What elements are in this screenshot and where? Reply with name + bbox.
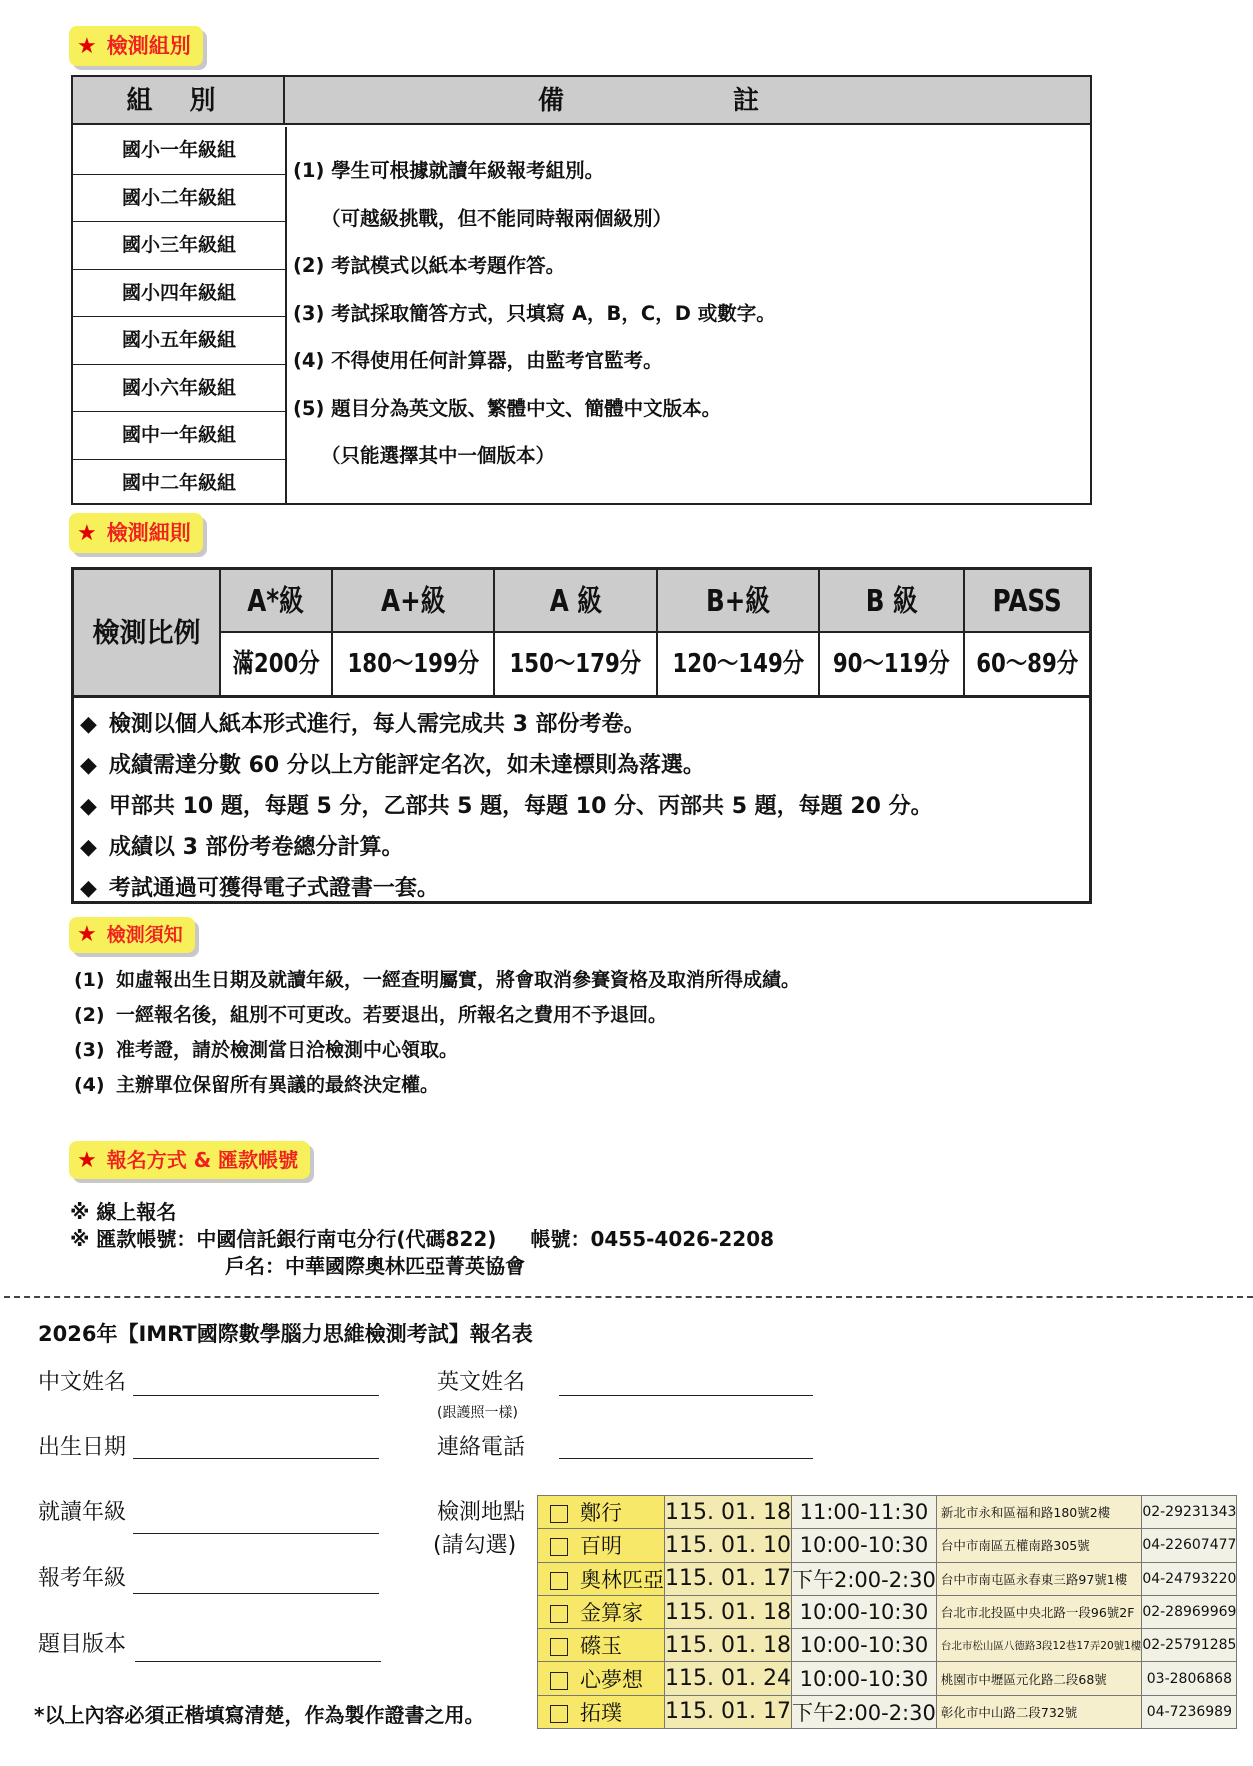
location-time: 10:00-10:30 (791, 1662, 936, 1695)
location-date: 115. 01. 18 (665, 1595, 792, 1628)
notice-num: (4) (74, 1074, 116, 1096)
chinese-name-field[interactable] (133, 1395, 379, 1396)
grade-score: 180～199分 (347, 633, 479, 695)
location-address: 台中市南屯區永春東三路97號1樓 (936, 1562, 1141, 1595)
location-phone: 04-22607477 (1142, 1529, 1237, 1562)
birth-date-field[interactable] (133, 1458, 379, 1459)
section-title: 報名方式 & 匯款帳號 (107, 1148, 298, 1172)
grade-name: B 級 (865, 570, 917, 633)
location-name: 鄭行 (580, 1501, 622, 1525)
account-number: 帳號：0455-4026-2208 (530, 1227, 774, 1251)
diamond-bullet-icon: ◆ (80, 876, 97, 901)
location-date: 115. 01. 17 (665, 1562, 792, 1595)
checkbox[interactable] (550, 1572, 568, 1590)
location-address: 台中市南區五權南路305號 (936, 1529, 1141, 1562)
version-field[interactable] (135, 1661, 381, 1662)
grade-name: A+級 (381, 570, 445, 633)
group-item: 國中二年級組 (73, 460, 285, 508)
notice-num: (3) (74, 1039, 116, 1061)
location-address: 台北市松山區八德路3段12巷17弄20號1樓 (936, 1629, 1141, 1662)
location-row: 金算家 115. 01. 18 10:00-10:30 台北市北投區中央北路一段… (538, 1595, 1237, 1628)
section-badge-notice: ★檢測須知 (69, 917, 195, 953)
header-group: 組 別 (73, 77, 285, 125)
grade-column: A 級 150～179分 (495, 570, 658, 695)
location-name: 礤玉 (580, 1634, 622, 1658)
locations-table: 鄭行 115. 01. 18 11:00-11:30 新北市永和區福和路180號… (537, 1495, 1237, 1729)
remittance-info: ※ 匯款帳號：中國信託銀行南屯分行(代碼822)帳號：0455-4026-220… (70, 1223, 774, 1252)
location-name: 百明 (580, 1534, 622, 1558)
location-time: 下午2:00-2:30 (791, 1695, 936, 1728)
location-row: 心夢想 115. 01. 24 10:00-10:30 桃園市中壢區元化路二段6… (538, 1662, 1237, 1695)
notice-num: (1) (74, 969, 116, 991)
grade-column: B 級 90～119分 (820, 570, 964, 695)
phone-field[interactable] (559, 1458, 813, 1459)
rule-item: ◆成績需達分數 60 分以上方能評定名次，如未達標則為落選。 (80, 745, 1083, 786)
location-name: 金算家 (580, 1601, 643, 1625)
grade-column: B+級 120～149分 (658, 570, 821, 695)
section-title: 檢測組別 (107, 34, 191, 58)
cut-line (4, 1296, 1253, 1298)
note-item: (4) 不得使用任何計算器，由監考官監考。 (293, 337, 1080, 385)
location-row: 百明 115. 01. 10 10:00-10:30 台中市南區五權南路305號… (538, 1529, 1237, 1562)
form-footnote: *以上內容必須正楷填寫清楚，作為製作證書之用。 (34, 1699, 484, 1728)
grade-score: 90～119分 (833, 633, 950, 695)
section-title: 檢測須知 (107, 924, 183, 946)
location-option[interactable]: 礤玉 (538, 1629, 665, 1662)
note-item: （只能選擇其中一個版本） (293, 432, 1080, 480)
location-date: 115. 01. 24 (665, 1662, 792, 1695)
online-label: 線上報名 (96, 1200, 176, 1224)
location-date: 115. 01. 17 (665, 1695, 792, 1728)
groups-notes: (1) 學生可根據就讀年級報考組別。 （可越級挑戰，但不能同時報兩個級別） (2… (293, 147, 1080, 480)
location-address: 桃園市中壢區元化路二段68號 (936, 1662, 1141, 1695)
groups-list: 國小一年級組 國小二年級組 國小三年級組 國小四年級組 國小五年級組 國小六年級… (73, 127, 287, 503)
note-item: （可越級挑戰，但不能同時報兩個級別） (293, 195, 1080, 243)
grades-row: A*級 滿200分 A+級 180～199分 A 級 150～179分 B+級 … (221, 570, 1089, 698)
notice-text: 准考證，請於檢測當日洽檢測中心領取。 (116, 1039, 458, 1061)
location-phone: 03-2806868 (1142, 1662, 1237, 1695)
grade-column: A*級 滿200分 (221, 570, 333, 695)
grade-name: A*級 (247, 570, 304, 633)
diamond-bullet-icon: ◆ (80, 712, 97, 737)
location-option[interactable]: 百明 (538, 1529, 665, 1562)
location-phone: 02-28969969 (1142, 1595, 1237, 1628)
rule-text: 成績需達分數 60 分以上方能評定名次，如未達標則為落選。 (109, 753, 705, 778)
grade-score: 滿200分 (232, 633, 319, 695)
diamond-bullet-icon: ◆ (80, 835, 97, 860)
location-option[interactable]: 鄭行 (538, 1496, 665, 1529)
location-address: 台北市北投區中央北路一段96號2F (936, 1595, 1141, 1628)
reference-mark-icon: ※ (70, 1200, 89, 1224)
location-option[interactable]: 拓璞 (538, 1695, 665, 1728)
notice-text: 主辦單位保留所有異議的最終決定權。 (116, 1074, 439, 1096)
location-hint: (請勾選) (433, 1528, 516, 1559)
notice-text: 一經報名後，組別不可更改。若要退出，所報名之費用不予退回。 (116, 1004, 667, 1026)
location-time: 10:00-10:30 (791, 1529, 936, 1562)
form-title: 2026年【IMRT國際數學腦力思維檢測考試】報名表 (38, 1318, 533, 1348)
phone-label: 連絡電話 (437, 1430, 525, 1461)
group-item: 國小三年級組 (73, 222, 285, 270)
checkbox[interactable] (550, 1538, 568, 1556)
star-icon: ★ (77, 521, 97, 546)
checkbox[interactable] (550, 1505, 568, 1523)
grade-score: 120～149分 (672, 633, 804, 695)
location-name: 拓璞 (580, 1701, 622, 1725)
section-badge-rules: ★檢測細則 (69, 513, 203, 553)
note-item: (1) 學生可根據就讀年級報考組別。 (293, 147, 1080, 195)
section-title: 檢測細則 (107, 521, 191, 545)
rules-list: ◆檢測以個人紙本形式進行，每人需完成共 3 部份考卷。 ◆成績需達分數 60 分… (80, 704, 1083, 909)
group-item: 國小六年級組 (73, 365, 285, 413)
location-phone: 04-7236989 (1142, 1695, 1237, 1728)
diamond-bullet-icon: ◆ (80, 794, 97, 819)
location-phone: 02-29231343 (1142, 1496, 1237, 1529)
note-item: (2) 考試模式以紙本考題作答。 (293, 242, 1080, 290)
location-date: 115. 01. 18 (665, 1629, 792, 1662)
group-item: 國中一年級組 (73, 412, 285, 460)
note-item: (3) 考試採取簡答方式，只填寫 A，B，C，D 或數字。 (293, 290, 1080, 338)
location-address: 彰化市中山路二段732號 (936, 1695, 1141, 1728)
location-row: 礤玉 115. 01. 18 10:00-10:30 台北市松山區八德路3段12… (538, 1629, 1237, 1662)
location-row: 奧林匹亞 115. 01. 17 下午2:00-2:30 台中市南屯區永春東三路… (538, 1562, 1237, 1595)
online-registration: ※ 線上報名 (70, 1196, 176, 1225)
english-name-label: 英文姓名 (437, 1365, 525, 1396)
rule-text: 考試通過可獲得電子式證書一套。 (109, 876, 439, 901)
location-date: 115. 01. 10 (665, 1529, 792, 1562)
group-item: 國小二年級組 (73, 175, 285, 223)
chinese-name-label: 中文姓名 (38, 1365, 126, 1396)
groups-table: 組 別 備 註 國小一年級組 國小二年級組 國小三年級組 國小四年級組 國小五年… (71, 75, 1092, 505)
notice-item: (1)如虛報出生日期及就讀年級，一經查明屬實，將會取消參賽資格及取消所得成績。 (74, 965, 800, 992)
checkbox[interactable] (550, 1705, 568, 1723)
grade-name: B+級 (706, 570, 770, 633)
location-date: 115. 01. 18 (665, 1496, 792, 1529)
group-item: 國小四年級組 (73, 270, 285, 318)
notice-item: (4)主辦單位保留所有異議的最終決定權。 (74, 1070, 439, 1097)
checkbox[interactable] (550, 1672, 568, 1690)
notice-item: (2)一經報名後，組別不可更改。若要退出，所報名之費用不予退回。 (74, 1000, 667, 1027)
account-name: 戶名：中華國際奧林匹亞菁英協會 (225, 1250, 525, 1279)
location-phone: 02-25791285 (1142, 1629, 1237, 1662)
version-label: 題目版本 (38, 1627, 126, 1658)
rule-item: ◆成績以 3 部份考卷總分計算。 (80, 827, 1083, 868)
location-name: 心夢想 (580, 1668, 643, 1692)
grade-name: A 級 (549, 570, 601, 633)
group-item: 國小五年級組 (73, 317, 285, 365)
notice-num: (2) (74, 1004, 116, 1026)
grade-score: 60～89分 (976, 633, 1078, 695)
rule-item: ◆甲部共 10 題，每題 5 分，乙部共 5 題，每題 10 分、丙部共 5 題… (80, 786, 1083, 827)
location-time: 10:00-10:30 (791, 1595, 936, 1628)
grade-column: A+級 180～199分 (333, 570, 496, 695)
location-option[interactable]: 金算家 (538, 1595, 665, 1628)
location-time: 10:00-10:30 (791, 1629, 936, 1662)
section-badge-payment: ★報名方式 & 匯款帳號 (69, 1141, 310, 1179)
rule-text: 甲部共 10 題，每題 5 分，乙部共 5 題，每題 10 分、丙部共 5 題，… (109, 794, 933, 819)
exam-grade-field[interactable] (133, 1593, 379, 1594)
english-name-hint: (跟護照一樣) (437, 1402, 518, 1422)
groups-table-header: 組 別 備 註 (73, 77, 1090, 125)
group-item: 國小一年級組 (73, 127, 285, 175)
location-time: 下午2:00-2:30 (791, 1562, 936, 1595)
location-option[interactable]: 心夢想 (538, 1662, 665, 1695)
star-icon: ★ (77, 922, 97, 947)
star-icon: ★ (77, 34, 97, 59)
rule-item: ◆檢測以個人紙本形式進行，每人需完成共 3 部份考卷。 (80, 704, 1083, 745)
rules-table: 檢測比例 A*級 滿200分 A+級 180～199分 A 級 150～179分… (71, 567, 1092, 904)
diamond-bullet-icon: ◆ (80, 753, 97, 778)
section-badge-groups: ★檢測組別 (69, 26, 203, 66)
location-address: 新北市永和區福和路180號2樓 (936, 1496, 1141, 1529)
reference-mark-icon: ※ (70, 1227, 89, 1251)
remit-bank: 匯款帳號：中國信託銀行南屯分行(代碼822) (96, 1227, 496, 1251)
rule-text: 成績以 3 部份考卷總分計算。 (109, 835, 404, 860)
current-grade-label: 就讀年級 (38, 1495, 126, 1526)
current-grade-field[interactable] (133, 1533, 379, 1534)
location-time: 11:00-11:30 (791, 1496, 936, 1529)
location-label: 檢測地點 (437, 1495, 525, 1526)
english-name-field[interactable] (559, 1395, 813, 1396)
notice-item: (3)准考證，請於檢測當日洽檢測中心領取。 (74, 1035, 458, 1062)
location-row: 拓璞 115. 01. 17 下午2:00-2:30 彰化市中山路二段732號 … (538, 1695, 1237, 1728)
grade-name: PASS (992, 570, 1061, 633)
grade-column: PASS 60～89分 (965, 570, 1089, 695)
header-notes: 備 註 (287, 77, 1090, 125)
notice-text: 如虛報出生日期及就讀年級，一經查明屬實，將會取消參賽資格及取消所得成績。 (116, 969, 800, 991)
location-option[interactable]: 奧林匹亞 (538, 1562, 665, 1595)
checkbox[interactable] (550, 1605, 568, 1623)
location-row: 鄭行 115. 01. 18 11:00-11:30 新北市永和區福和路180號… (538, 1496, 1237, 1529)
star-icon: ★ (77, 1148, 97, 1173)
note-item: (5) 題目分為英文版、繁體中文、簡體中文版本。 (293, 385, 1080, 433)
location-name: 奧林匹亞 (580, 1568, 664, 1592)
grade-ratio-label: 檢測比例 (74, 570, 221, 698)
rule-item: ◆考試通過可獲得電子式證書一套。 (80, 868, 1083, 909)
rule-text: 檢測以個人紙本形式進行，每人需完成共 3 部份考卷。 (109, 712, 646, 737)
location-phone: 04-24793220 (1142, 1562, 1237, 1595)
grade-score: 150～179分 (510, 633, 642, 695)
birth-date-label: 出生日期 (38, 1430, 126, 1461)
exam-grade-label: 報考年級 (38, 1561, 126, 1592)
checkbox[interactable] (550, 1638, 568, 1656)
